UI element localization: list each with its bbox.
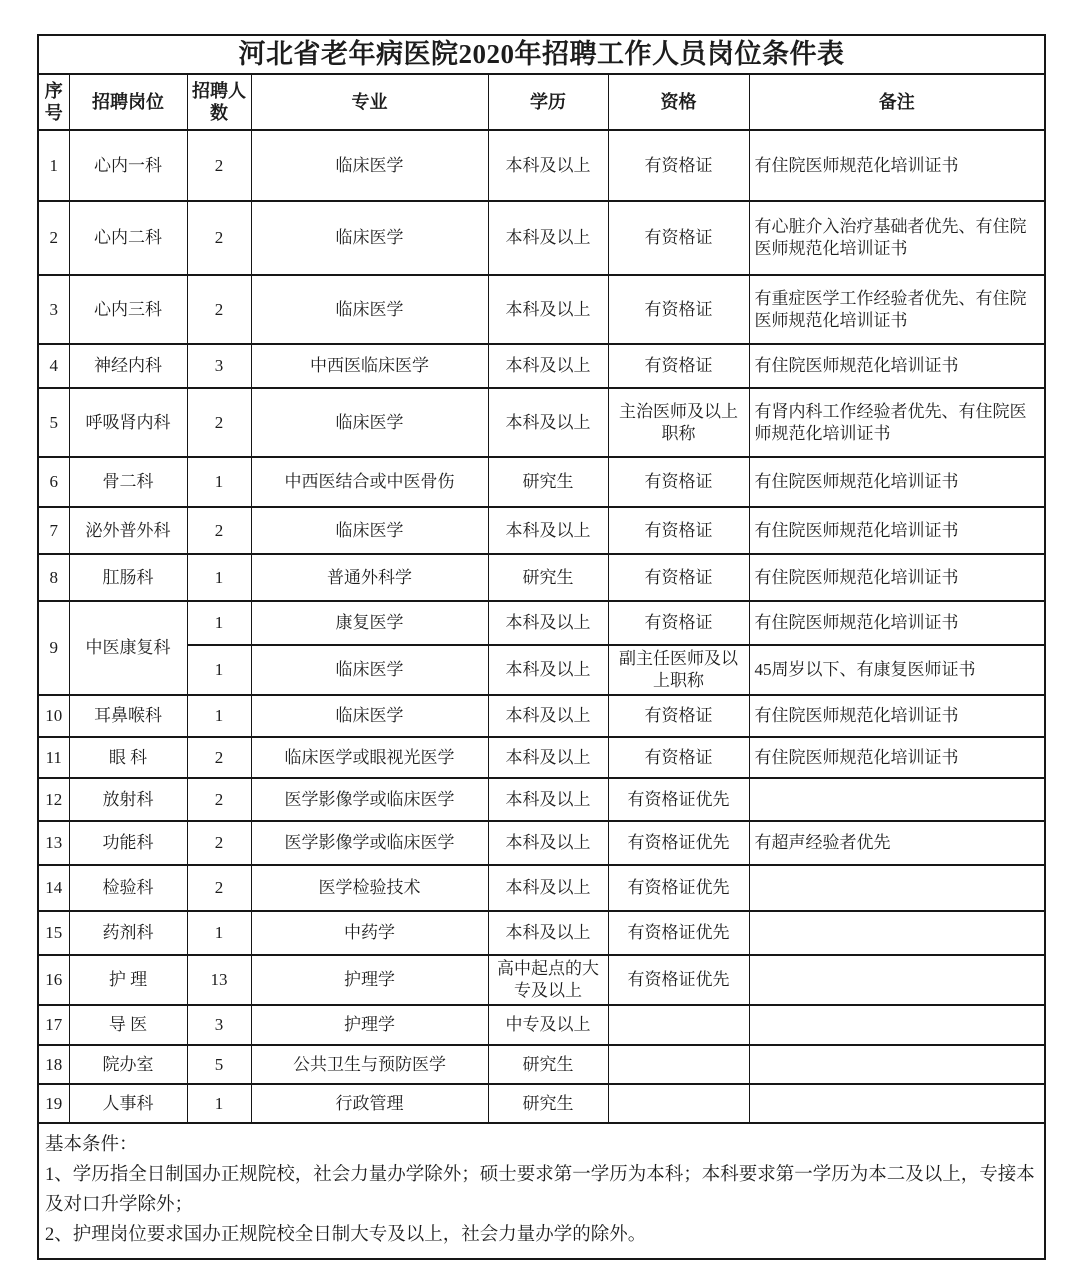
header-row: 序号 招聘岗位 招聘人数 专业 学历 资格 备注 [38, 74, 1045, 130]
cell-no: 15 [38, 911, 69, 955]
cell-no: 7 [38, 507, 69, 554]
cell-remark: 有住院医师规范化培训证书 [749, 554, 1045, 601]
cell-no: 14 [38, 865, 69, 911]
cell-remark [749, 1084, 1045, 1123]
cell-qualification: 有资格证 [608, 507, 749, 554]
cell-major: 临床医学 [251, 695, 488, 737]
cell-no: 12 [38, 778, 69, 821]
cell-qualification [608, 1045, 749, 1084]
cell-no: 4 [38, 344, 69, 388]
cell-no: 1 [38, 130, 69, 201]
cell-remark [749, 955, 1045, 1005]
cell-major: 公共卫生与预防医学 [251, 1045, 488, 1084]
cell-position: 心内三科 [69, 275, 187, 344]
cell-education: 研究生 [488, 1084, 608, 1123]
cell-remark: 有住院医师规范化培训证书 [749, 737, 1045, 778]
table-row: 13功能科2医学影像学或临床医学本科及以上有资格证优先有超声经验者优先 [38, 821, 1045, 865]
cell-no: 9 [38, 601, 69, 695]
cell-major: 行政管理 [251, 1084, 488, 1123]
cell-position: 中医康复科 [69, 601, 187, 695]
cell-major: 中西医结合或中医骨伤 [251, 457, 488, 507]
table-row: 2心内二科2临床医学本科及以上有资格证有心脏介入治疗基础者优先、有住院医师规范化… [38, 201, 1045, 275]
cell-remark: 有重症医学工作经验者优先、有住院医师规范化培训证书 [749, 275, 1045, 344]
cell-count: 1 [187, 645, 251, 695]
table-row: 6骨二科1中西医结合或中医骨伤研究生有资格证有住院医师规范化培训证书 [38, 457, 1045, 507]
cell-qualification: 有资格证 [608, 601, 749, 645]
cell-count: 1 [187, 695, 251, 737]
cell-remark: 有住院医师规范化培训证书 [749, 695, 1045, 737]
cell-education: 本科及以上 [488, 201, 608, 275]
cell-remark: 有住院医师规范化培训证书 [749, 130, 1045, 201]
page-title: 河北省老年病医院2020年招聘工作人员岗位条件表 [38, 35, 1045, 74]
cell-education: 本科及以上 [488, 645, 608, 695]
cell-major: 临床医学或眼视光医学 [251, 737, 488, 778]
cell-major: 中西医临床医学 [251, 344, 488, 388]
cell-major: 临床医学 [251, 130, 488, 201]
cell-qualification [608, 1005, 749, 1045]
cell-position: 心内二科 [69, 201, 187, 275]
cell-remark [749, 1005, 1045, 1045]
cell-major: 医学影像学或临床医学 [251, 821, 488, 865]
table-row: 9中医康复科1康复医学本科及以上有资格证有住院医师规范化培训证书 [38, 601, 1045, 645]
table-row: 8肛肠科1普通外科学研究生有资格证有住院医师规范化培训证书 [38, 554, 1045, 601]
cell-education: 研究生 [488, 554, 608, 601]
table-row: 11眼 科2临床医学或眼视光医学本科及以上有资格证有住院医师规范化培训证书 [38, 737, 1045, 778]
cell-no: 2 [38, 201, 69, 275]
cell-education: 本科及以上 [488, 695, 608, 737]
table-row: 14检验科2医学检验技术本科及以上有资格证优先 [38, 865, 1045, 911]
cell-position: 眼 科 [69, 737, 187, 778]
col-header-education: 学历 [488, 74, 608, 130]
cell-remark: 有住院医师规范化培训证书 [749, 457, 1045, 507]
recruitment-table: 河北省老年病医院2020年招聘工作人员岗位条件表 序号 招聘岗位 招聘人数 专业… [37, 34, 1046, 1260]
cell-major: 护理学 [251, 955, 488, 1005]
table-row: 17导 医3护理学中专及以上 [38, 1005, 1045, 1045]
cell-qualification: 有资格证优先 [608, 821, 749, 865]
cell-count: 3 [187, 344, 251, 388]
notes-heading: 基本条件： [45, 1131, 1036, 1161]
notes-row: 基本条件： 1、学历指全日制国办正规院校，社会力量办学除外；硕士要求第一学历为本… [38, 1123, 1045, 1259]
table-row: 16护 理13护理学高中起点的大专及以上有资格证优先 [38, 955, 1045, 1005]
cell-position: 院办室 [69, 1045, 187, 1084]
cell-no: 3 [38, 275, 69, 344]
cell-position: 药剂科 [69, 911, 187, 955]
cell-education: 本科及以上 [488, 821, 608, 865]
cell-remark: 有肾内科工作经验者优先、有住院医师规范化培训证书 [749, 388, 1045, 457]
cell-remark: 有心脏介入治疗基础者优先、有住院医师规范化培训证书 [749, 201, 1045, 275]
cell-remark [749, 778, 1045, 821]
cell-position: 功能科 [69, 821, 187, 865]
cell-education: 本科及以上 [488, 275, 608, 344]
cell-no: 5 [38, 388, 69, 457]
table-row: 10耳鼻喉科1临床医学本科及以上有资格证有住院医师规范化培训证书 [38, 695, 1045, 737]
cell-qualification: 有资格证 [608, 201, 749, 275]
cell-remark: 有住院医师规范化培训证书 [749, 507, 1045, 554]
cell-count: 2 [187, 201, 251, 275]
cell-remark [749, 1045, 1045, 1084]
cell-count: 1 [187, 457, 251, 507]
cell-count: 2 [187, 737, 251, 778]
table-row: 12放射科2医学影像学或临床医学本科及以上有资格证优先 [38, 778, 1045, 821]
document-page: 河北省老年病医院2020年招聘工作人员岗位条件表 序号 招聘岗位 招聘人数 专业… [0, 0, 1080, 1280]
col-header-position: 招聘岗位 [69, 74, 187, 130]
cell-qualification: 有资格证 [608, 344, 749, 388]
cell-major: 临床医学 [251, 645, 488, 695]
col-header-major: 专业 [251, 74, 488, 130]
cell-no: 16 [38, 955, 69, 1005]
cell-position: 人事科 [69, 1084, 187, 1123]
col-header-no: 序号 [38, 74, 69, 130]
cell-major: 临床医学 [251, 201, 488, 275]
table-row: 1心内一科2临床医学本科及以上有资格证有住院医师规范化培训证书 [38, 130, 1045, 201]
cell-position: 护 理 [69, 955, 187, 1005]
cell-position: 骨二科 [69, 457, 187, 507]
notes-item-2: 2、护理岗位要求国办正规院校全日制大专及以上，社会力量办学的除外。 [45, 1221, 1036, 1251]
cell-position: 导 医 [69, 1005, 187, 1045]
notes-item-1: 1、学历指全日制国办正规院校，社会力量办学除外；硕士要求第一学历为本科；本科要求… [45, 1161, 1036, 1221]
cell-position: 泌外普外科 [69, 507, 187, 554]
cell-no: 13 [38, 821, 69, 865]
cell-qualification: 有资格证 [608, 275, 749, 344]
cell-remark: 有住院医师规范化培训证书 [749, 601, 1045, 645]
cell-major: 普通外科学 [251, 554, 488, 601]
table-row: 3心内三科2临床医学本科及以上有资格证有重症医学工作经验者优先、有住院医师规范化… [38, 275, 1045, 344]
cell-qualification: 有资格证优先 [608, 865, 749, 911]
cell-no: 19 [38, 1084, 69, 1123]
title-row: 河北省老年病医院2020年招聘工作人员岗位条件表 [38, 35, 1045, 74]
cell-major: 中药学 [251, 911, 488, 955]
cell-count: 2 [187, 388, 251, 457]
cell-remark: 45周岁以下、有康复医师证书 [749, 645, 1045, 695]
cell-count: 2 [187, 778, 251, 821]
cell-count: 2 [187, 865, 251, 911]
cell-count: 1 [187, 1084, 251, 1123]
cell-major: 临床医学 [251, 275, 488, 344]
cell-major: 护理学 [251, 1005, 488, 1045]
cell-no: 18 [38, 1045, 69, 1084]
cell-no: 8 [38, 554, 69, 601]
table-row: 15药剂科1中药学本科及以上有资格证优先 [38, 911, 1045, 955]
cell-no: 6 [38, 457, 69, 507]
cell-no: 11 [38, 737, 69, 778]
table-row: 19人事科1行政管理研究生 [38, 1084, 1045, 1123]
cell-position: 神经内科 [69, 344, 187, 388]
cell-education: 中专及以上 [488, 1005, 608, 1045]
cell-qualification: 有资格证优先 [608, 778, 749, 821]
cell-count: 3 [187, 1005, 251, 1045]
cell-count: 1 [187, 601, 251, 645]
cell-count: 2 [187, 275, 251, 344]
cell-qualification: 有资格证 [608, 554, 749, 601]
cell-no: 17 [38, 1005, 69, 1045]
cell-major: 临床医学 [251, 507, 488, 554]
cell-education: 研究生 [488, 457, 608, 507]
cell-qualification: 有资格证 [608, 737, 749, 778]
cell-education: 高中起点的大专及以上 [488, 955, 608, 1005]
cell-count: 2 [187, 821, 251, 865]
cell-remark [749, 865, 1045, 911]
cell-count: 13 [187, 955, 251, 1005]
cell-qualification [608, 1084, 749, 1123]
col-header-remark: 备注 [749, 74, 1045, 130]
cell-education: 本科及以上 [488, 344, 608, 388]
cell-qualification: 主治医师及以上职称 [608, 388, 749, 457]
cell-education: 本科及以上 [488, 778, 608, 821]
cell-position: 肛肠科 [69, 554, 187, 601]
table-row: 18院办室5公共卫生与预防医学研究生 [38, 1045, 1045, 1084]
cell-position: 耳鼻喉科 [69, 695, 187, 737]
cell-education: 本科及以上 [488, 911, 608, 955]
cell-count: 2 [187, 507, 251, 554]
cell-education: 本科及以上 [488, 601, 608, 645]
table-row: 4神经内科3中西医临床医学本科及以上有资格证有住院医师规范化培训证书 [38, 344, 1045, 388]
cell-qualification: 有资格证 [608, 130, 749, 201]
table-body: 1心内一科2临床医学本科及以上有资格证有住院医师规范化培训证书2心内二科2临床医… [38, 130, 1045, 1123]
cell-major: 临床医学 [251, 388, 488, 457]
cell-major: 医学影像学或临床医学 [251, 778, 488, 821]
cell-education: 本科及以上 [488, 865, 608, 911]
col-header-count: 招聘人数 [187, 74, 251, 130]
cell-position: 检验科 [69, 865, 187, 911]
cell-education: 本科及以上 [488, 388, 608, 457]
cell-remark [749, 911, 1045, 955]
cell-remark: 有住院医师规范化培训证书 [749, 344, 1045, 388]
cell-count: 2 [187, 130, 251, 201]
cell-no: 10 [38, 695, 69, 737]
table-row: 1临床医学本科及以上副主任医师及以上职称45周岁以下、有康复医师证书 [38, 645, 1045, 695]
table-row: 7泌外普外科2临床医学本科及以上有资格证有住院医师规范化培训证书 [38, 507, 1045, 554]
cell-remark: 有超声经验者优先 [749, 821, 1045, 865]
cell-position: 放射科 [69, 778, 187, 821]
cell-qualification: 有资格证优先 [608, 911, 749, 955]
notes-cell: 基本条件： 1、学历指全日制国办正规院校，社会力量办学除外；硕士要求第一学历为本… [38, 1123, 1045, 1259]
col-header-qualification: 资格 [608, 74, 749, 130]
cell-qualification: 副主任医师及以上职称 [608, 645, 749, 695]
cell-position: 呼吸肾内科 [69, 388, 187, 457]
cell-qualification: 有资格证 [608, 457, 749, 507]
cell-qualification: 有资格证优先 [608, 955, 749, 1005]
cell-count: 1 [187, 554, 251, 601]
cell-count: 5 [187, 1045, 251, 1084]
cell-education: 本科及以上 [488, 130, 608, 201]
cell-count: 1 [187, 911, 251, 955]
table-row: 5呼吸肾内科2临床医学本科及以上主治医师及以上职称有肾内科工作经验者优先、有住院… [38, 388, 1045, 457]
cell-major: 医学检验技术 [251, 865, 488, 911]
cell-education: 本科及以上 [488, 507, 608, 554]
cell-position: 心内一科 [69, 130, 187, 201]
cell-major: 康复医学 [251, 601, 488, 645]
cell-qualification: 有资格证 [608, 695, 749, 737]
cell-education: 本科及以上 [488, 737, 608, 778]
cell-education: 研究生 [488, 1045, 608, 1084]
